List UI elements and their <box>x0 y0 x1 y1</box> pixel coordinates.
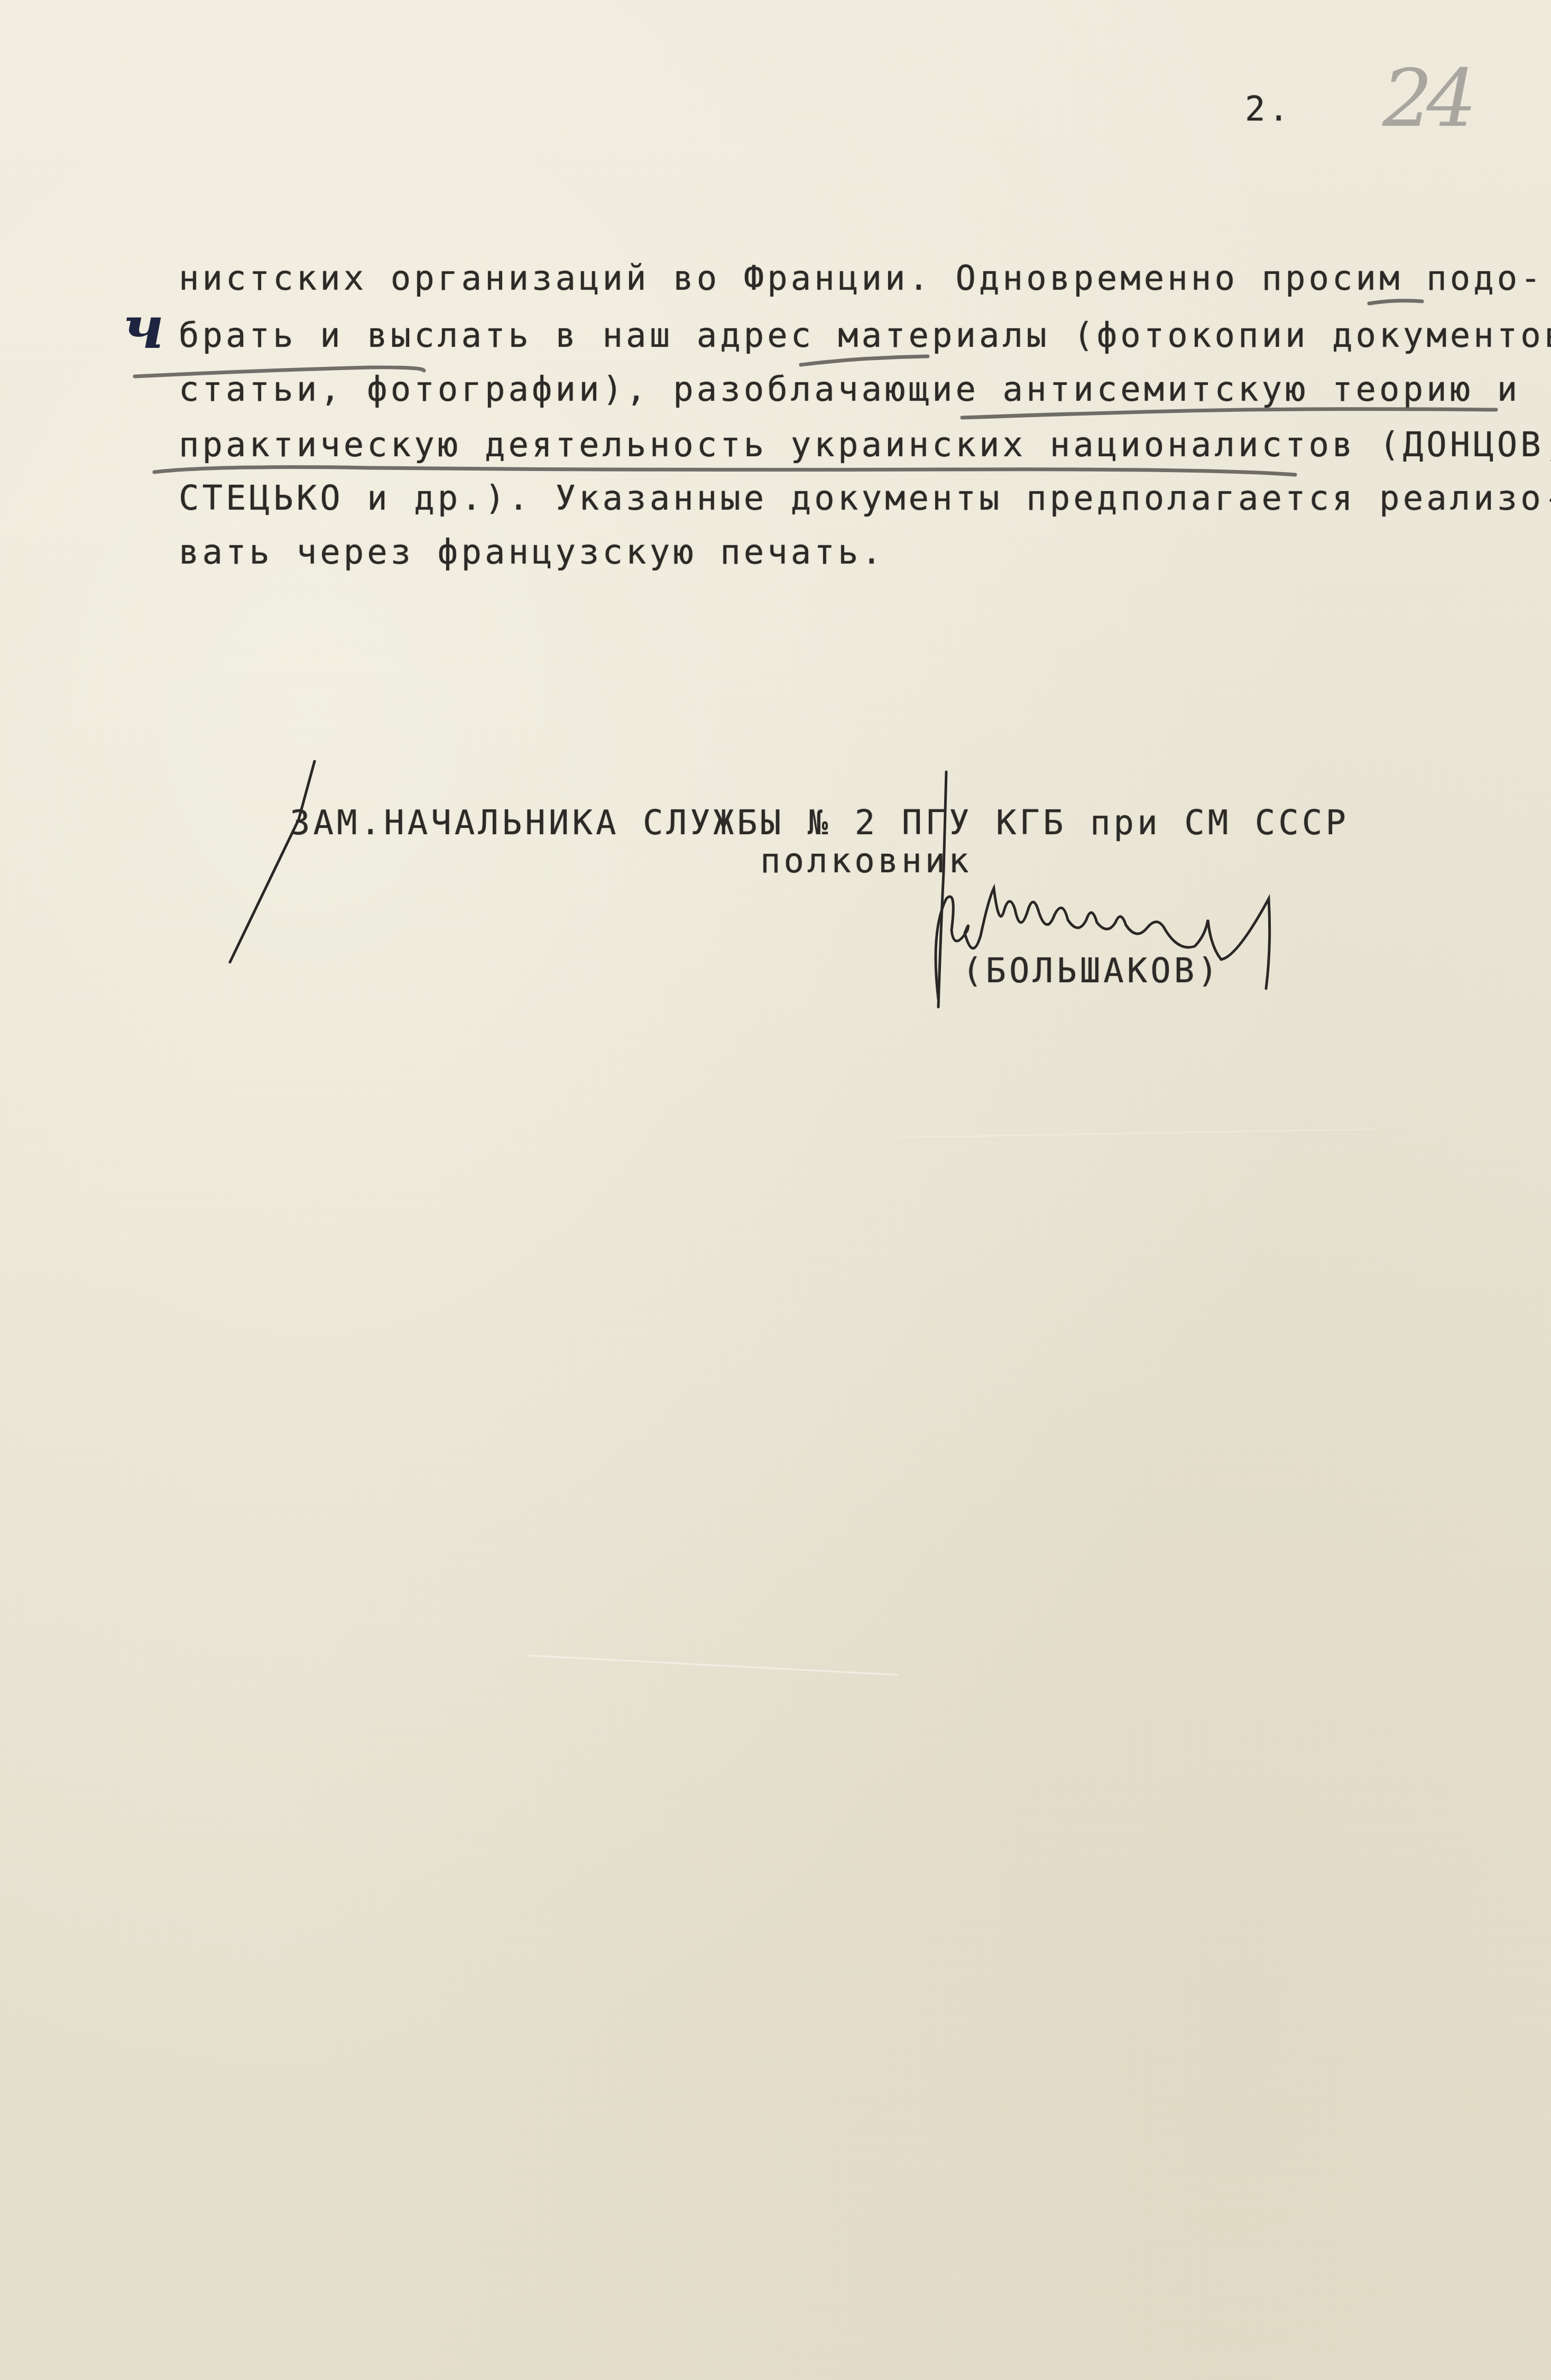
body-line-4: практическую деятельность украинских нац… <box>179 426 1551 465</box>
body-line-5: СТЕЦЬКО и др.). Указанные документы пред… <box>179 479 1551 518</box>
body-line-1: нистских организаций во Франции. Одновре… <box>179 259 1544 298</box>
page-number: 2. <box>1245 90 1292 129</box>
body-line-6: вать через французскую печать. <box>179 533 885 572</box>
signatory-position: ЗАМ.НАЧАЛЬНИКА СЛУЖБЫ № 2 ПГУ КГБ при СМ… <box>290 804 1349 843</box>
paper-page <box>0 0 1551 2380</box>
margin-annotation: ч <box>123 293 164 362</box>
archive-folio-number: 24 <box>1382 53 1471 145</box>
body-line-2: брать и выслать в наш адрес материалы (ф… <box>179 316 1551 355</box>
body-line-3: статьи, фотографии), разоблачающие антис… <box>179 370 1520 409</box>
signatory-name: (БОЛЬШАКОВ) <box>962 952 1221 991</box>
signatory-rank: полковник <box>760 842 972 881</box>
